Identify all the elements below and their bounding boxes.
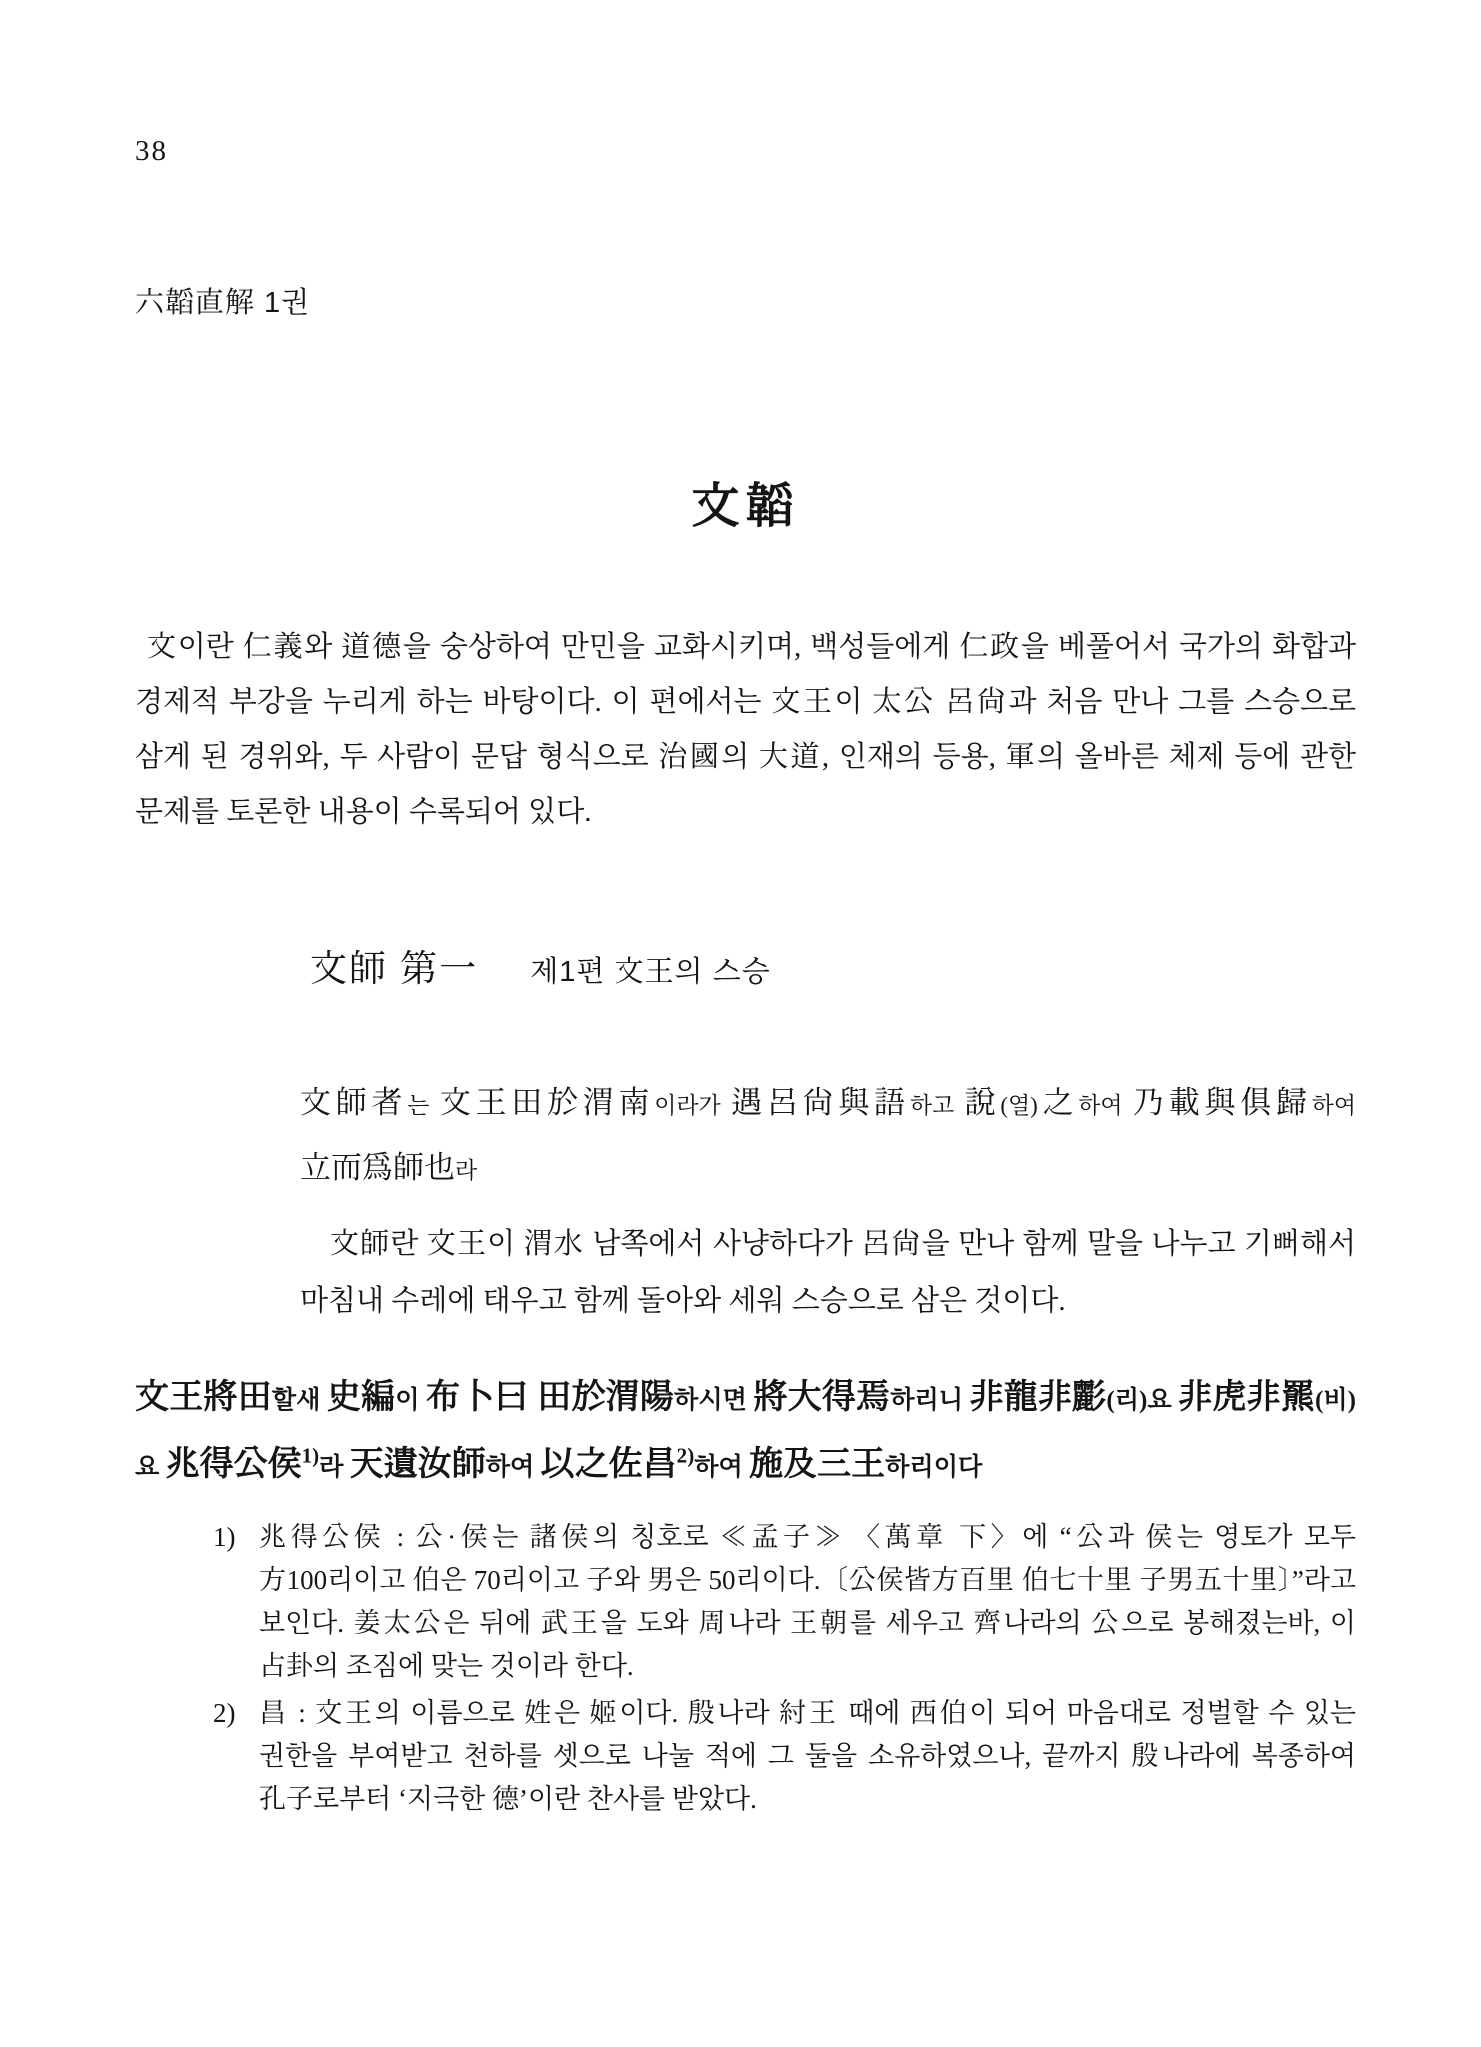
classic-text-translation: 文師란 文王이 渭水 남쪽에서 사냥하다가 呂尙을 만나 함께 말을 나누고 기… xyxy=(300,1216,1356,1330)
footnote-2: 2) 昌 : 文王의 이름으로 姓은 姬이다. 殷나라 紂王 때에 西伯이 되어… xyxy=(213,1692,1356,1821)
chapter-intro-paragraph: 文이란 仁義와 道德을 숭상하여 만민을 교화시키며, 백성들에게 仁政을 베풀… xyxy=(135,620,1356,840)
main-classic-passage: 文王將田할새 史編이 布卜曰 田於渭陽하시면 將大得焉하리니 非龍非彲(리)요 … xyxy=(135,1366,1356,1500)
page-number: 38 xyxy=(135,135,1356,168)
footnote-1: 1) 兆得公侯 : 公·侯는 諸侯의 칭호로 ≪孟子≫ 〈萬章 下〉에 “公과 … xyxy=(213,1516,1356,1688)
footnote-1-text: 兆得公侯 : 公·侯는 諸侯의 칭호로 ≪孟子≫ 〈萬章 下〉에 “公과 侯는 … xyxy=(259,1516,1356,1688)
section-heading-hanja: 文師 第一 xyxy=(310,948,478,989)
footnote-2-text: 昌 : 文王의 이름으로 姓은 姬이다. 殷나라 紂王 때에 西伯이 되어 마음… xyxy=(259,1692,1356,1821)
footnotes-section: 1) 兆得公侯 : 公·侯는 諸侯의 칭호로 ≪孟子≫ 〈萬章 下〉에 “公과 … xyxy=(213,1516,1356,1821)
chapter-title: 文韜 xyxy=(135,467,1356,536)
section-heading-korean: 제1편 文王의 스승 xyxy=(530,956,770,988)
document-page: 38 六韜直解 1권 文韜 文이란 仁義와 道德을 숭상하여 만민을 교화시키며… xyxy=(0,0,1481,2047)
footnote-1-marker: 1) xyxy=(213,1516,259,1559)
section-heading: 文師 第一제1편 文王의 스승 xyxy=(310,938,1356,992)
footnote-2-marker: 2) xyxy=(213,1692,259,1735)
classic-text-passage: 文師者는 文王田於渭南이라가 遇呂尙與語하고 說(열)之하여 乃載與俱歸하여 立… xyxy=(300,1072,1356,1202)
running-header: 六韜直解 1권 xyxy=(135,280,1356,321)
